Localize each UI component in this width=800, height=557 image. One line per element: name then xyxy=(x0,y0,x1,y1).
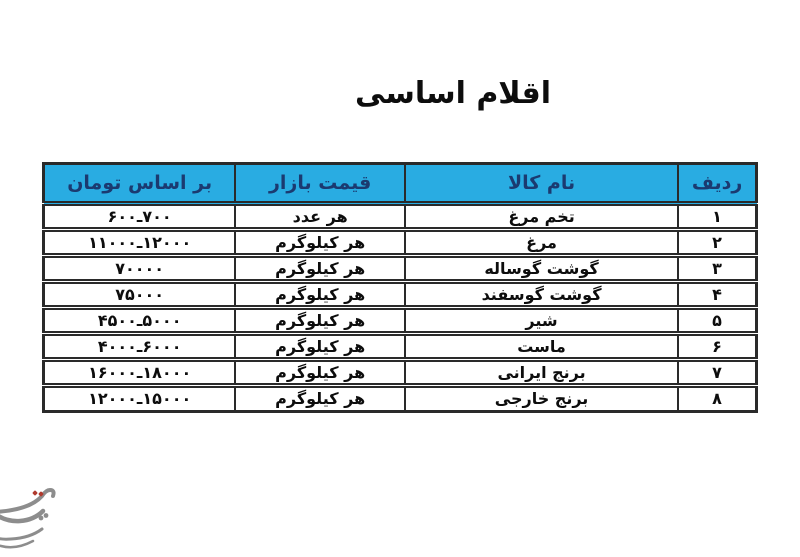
cell-text: هر کیلوگرم xyxy=(275,311,365,330)
cell-text: ۱ xyxy=(712,208,722,226)
price-value: ۱۶۰۰۰ـ۱۸۰۰۰ xyxy=(88,364,191,382)
price-value: ۴۵۰۰ـ۵۰۰۰ xyxy=(98,312,182,330)
table-row: ۲مرغهر کیلوگرم۱۱۰۰۰ـ۱۲۰۰۰ xyxy=(44,230,757,256)
cell-name: برنج ایرانی xyxy=(405,360,678,386)
cell-price: ۷۵۰۰۰ xyxy=(44,282,236,308)
column-header-price: بر اساس تومان xyxy=(44,164,236,204)
cell-text: ۲ xyxy=(712,234,722,252)
price-value: ۷۵۰۰۰ xyxy=(115,286,164,304)
cell-text: ۷ xyxy=(712,364,722,382)
cell-unit: هر کیلوگرم xyxy=(235,230,405,256)
price-value: ۴۰۰۰ـ۶۰۰۰ xyxy=(98,338,182,356)
cell-unit: هر کیلوگرم xyxy=(235,308,405,334)
cell-price: ۱۶۰۰۰ـ۱۸۰۰۰ xyxy=(44,360,236,386)
cell-unit: هر عدد xyxy=(235,204,405,230)
table-row: ۴گوشت گوسفندهر کیلوگرم۷۵۰۰۰ xyxy=(44,282,757,308)
cell-row: ۳ xyxy=(678,256,756,282)
cell-text: برنج ایرانی xyxy=(497,363,585,382)
cell-text: هر کیلوگرم xyxy=(275,363,365,382)
cell-row: ۸ xyxy=(678,386,756,412)
page: اقلام اساسی ردیفنام کالاقیمت بازاربر اسا… xyxy=(0,0,800,557)
price-table: ردیفنام کالاقیمت بازاربر اساس تومان ۱تخم… xyxy=(42,162,758,413)
cell-text: هر کیلوگرم xyxy=(275,285,365,304)
cell-text: مرغ xyxy=(526,233,557,252)
cell-name: مرغ xyxy=(405,230,678,256)
cell-row: ۵ xyxy=(678,308,756,334)
cell-price: ۱۱۰۰۰ـ۱۲۰۰۰ xyxy=(44,230,236,256)
cell-text: ۵ xyxy=(712,312,722,330)
price-value: ۱۲۰۰۰ـ۱۵۰۰۰ xyxy=(88,390,191,408)
cell-text: ۶ xyxy=(712,338,722,356)
header-row: ردیفنام کالاقیمت بازاربر اساس تومان xyxy=(44,164,757,204)
cell-name: تخم مرغ xyxy=(405,204,678,230)
cell-name: شیر xyxy=(405,308,678,334)
cell-row: ۷ xyxy=(678,360,756,386)
cell-text: گوشت گوسفند xyxy=(482,285,602,304)
cell-row: ۲ xyxy=(678,230,756,256)
cell-price: ۴۵۰۰ـ۵۰۰۰ xyxy=(44,308,236,334)
table-row: ۸برنج خارجیهر کیلوگرم۱۲۰۰۰ـ۱۵۰۰۰ xyxy=(44,386,757,412)
price-value: ۱۱۰۰۰ـ۱۲۰۰۰ xyxy=(88,234,191,252)
cell-unit: هر کیلوگرم xyxy=(235,360,405,386)
cell-price: ۷۰۰۰۰ xyxy=(44,256,236,282)
table-row: ۱تخم مرغهر عدد۶۰۰ـ۷۰۰ xyxy=(44,204,757,230)
cell-text: هر کیلوگرم xyxy=(275,389,365,408)
cell-unit: هر کیلوگرم xyxy=(235,386,405,412)
cell-text: گوشت گوساله xyxy=(484,259,598,278)
tasnim-logo-watermark xyxy=(0,487,84,557)
cell-text: ۴ xyxy=(712,286,722,304)
cell-text: تخم مرغ xyxy=(508,207,574,226)
page-title: اقلام اساسی xyxy=(100,76,800,111)
table-row: ۳گوشت گوسالههر کیلوگرم۷۰۰۰۰ xyxy=(44,256,757,282)
cell-row: ۶ xyxy=(678,334,756,360)
cell-unit: هر کیلوگرم xyxy=(235,334,405,360)
cell-name: گوشت گوساله xyxy=(405,256,678,282)
column-header-row: ردیف xyxy=(678,164,756,204)
table-row: ۵شیرهر کیلوگرم۴۵۰۰ـ۵۰۰۰ xyxy=(44,308,757,334)
cell-text: ۸ xyxy=(712,390,722,408)
cell-text: ۳ xyxy=(712,260,722,278)
cell-name: گوشت گوسفند xyxy=(405,282,678,308)
cell-text: برنج خارجی xyxy=(495,389,589,408)
cell-row: ۱ xyxy=(678,204,756,230)
cell-unit: هر کیلوگرم xyxy=(235,282,405,308)
cell-text: هر کیلوگرم xyxy=(275,233,365,252)
cell-text: شیر xyxy=(525,311,557,330)
tasnim-logo-icon xyxy=(0,487,84,557)
table-body: ۱تخم مرغهر عدد۶۰۰ـ۷۰۰۲مرغهر کیلوگرم۱۱۰۰۰… xyxy=(44,204,757,412)
price-value: ۷۰۰۰۰ xyxy=(115,260,164,278)
cell-text: هر کیلوگرم xyxy=(275,337,365,356)
cell-text: ماست xyxy=(517,337,566,356)
cell-name: ماست xyxy=(405,334,678,360)
table-row: ۶ماستهر کیلوگرم۴۰۰۰ـ۶۰۰۰ xyxy=(44,334,757,360)
cell-price: ۶۰۰ـ۷۰۰ xyxy=(44,204,236,230)
cell-row: ۴ xyxy=(678,282,756,308)
column-header-name: نام کالا xyxy=(405,164,678,204)
cell-text: هر کیلوگرم xyxy=(275,259,365,278)
price-value: ۶۰۰ـ۷۰۰ xyxy=(108,208,172,226)
column-header-unit: قیمت بازار xyxy=(235,164,405,204)
table-row: ۷برنج ایرانیهر کیلوگرم۱۶۰۰۰ـ۱۸۰۰۰ xyxy=(44,360,757,386)
cell-text: هر عدد xyxy=(293,207,348,226)
cell-name: برنج خارجی xyxy=(405,386,678,412)
cell-unit: هر کیلوگرم xyxy=(235,256,405,282)
table-header: ردیفنام کالاقیمت بازاربر اساس تومان xyxy=(44,164,757,204)
cell-price: ۱۲۰۰۰ـ۱۵۰۰۰ xyxy=(44,386,236,412)
cell-price: ۴۰۰۰ـ۶۰۰۰ xyxy=(44,334,236,360)
